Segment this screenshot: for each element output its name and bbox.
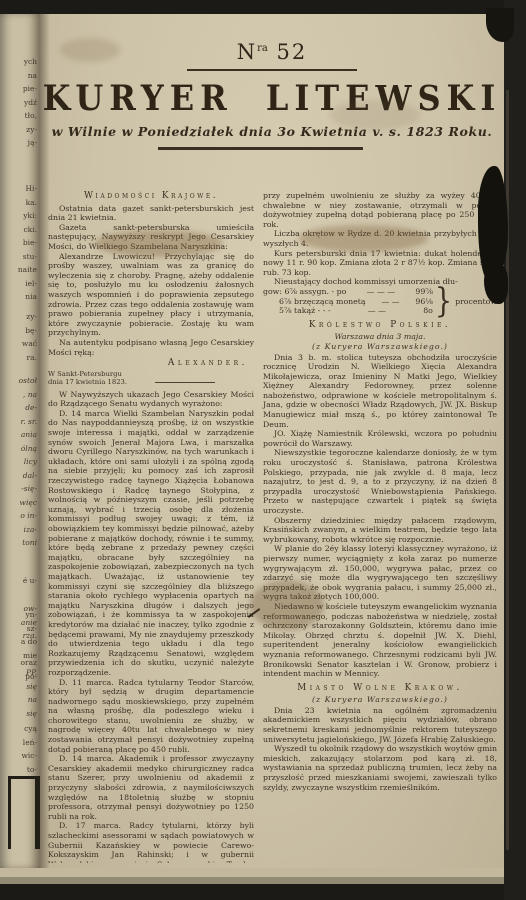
row-dashes: — —	[368, 306, 386, 316]
issue-number: Nra 52	[40, 14, 504, 64]
paragraph: JO. Xiążę Namiestnik Królewski, wczora p…	[263, 429, 497, 448]
row-value: 96⅛	[415, 297, 432, 307]
row-dashes: — —	[381, 297, 399, 307]
stacked-pages-edge	[0, 877, 505, 884]
photo-background-top	[0, 0, 526, 14]
paragraph: Nieustający dochod kommissyi umorzenia d…	[263, 277, 497, 287]
paragraph: W planie do 2éy klassy loteryi klassyczn…	[263, 544, 497, 602]
edge-text-fragment: cyą leń- wic- to-	[3, 722, 37, 776]
row-value: 8o	[423, 306, 433, 316]
stacked-pages-edge	[0, 868, 510, 877]
ink-frame-fragment	[8, 776, 43, 849]
table-row: gow: 6⅞ assygn. - po — — — 99⅞	[263, 287, 433, 297]
row-label: 5⅞ takąż - - -	[279, 306, 331, 316]
brace-label: procentow	[455, 297, 497, 307]
paragraph: D. 14 marca. Akademik i professor zwycza…	[48, 754, 254, 821]
paragraph: Gazeta sankt-petersburska umieściła nast…	[48, 223, 254, 252]
issue-prefix: N	[237, 40, 257, 64]
section-heading-kingdom: Królestwo Polskie.	[263, 321, 497, 331]
krakow-source: (z Kuryera Warszawskiego.)	[263, 695, 497, 705]
newspaper-title: KURYER LITEWSKI	[40, 77, 504, 118]
edge-text-fragment: zy- bę- wać ra.	[3, 310, 37, 364]
paragraph: Obszerny dziedziniec między pałacem rząd…	[263, 516, 497, 545]
paragraph: Wyszedł tu okolnik rządowy do wszystkich…	[263, 744, 497, 792]
paragraph: D. 11 marca. Radca tytularny Teodor Star…	[48, 678, 254, 755]
paragraph: Liczba okrętow w Rydze d. 20 kwietnia pr…	[263, 229, 497, 248]
paragraph: przy zupełném uwolnieniu ze służby za wy…	[263, 191, 497, 229]
article-columns: Wiadomości Krajowe. Ostatnia data gazet …	[40, 190, 504, 863]
paragraph: Dnia 3 b. m. stolica tuteysza obchodziła…	[263, 353, 497, 430]
kingdom-dateline: Warszawa dnia 3 maja.	[263, 332, 497, 342]
table-row: 5⅞ takąż - - - — — 8o	[263, 306, 433, 316]
row-label: gow: 6⅞ assygn. - po	[263, 287, 346, 297]
edge-text-fragment: yn- sz- a do mie	[3, 608, 37, 662]
adjacent-page-strip: ych na pie- ydź tło, zy- ją- Hi- ka. yki…	[0, 14, 40, 868]
bond-rates-rows: gow: 6⅞ assygn. - po — — — 99⅞ 6⅞ brzęcz…	[263, 287, 433, 316]
edge-text-fragment: é u-	[3, 574, 37, 588]
edge-text-fragment: ych na pie- ydź tło, zy- ją-	[3, 55, 37, 150]
issue-superscript: ra	[257, 43, 268, 54]
issue-digits: 52	[277, 40, 308, 64]
masthead-dateline: w Wilnie w Poniedziałek dnia 3o Kwietnia…	[40, 124, 504, 139]
kingdom-source: (z Kuryera Warszawskiego.)	[263, 342, 497, 352]
right-column: przy zupełném uwolnieniu ze służby za wy…	[263, 191, 497, 863]
photo-background-bottom	[0, 884, 526, 900]
row-dashes: — — —	[367, 287, 395, 297]
paragraph: Kurs petersburski dnia 17 kwietnia: duka…	[263, 249, 497, 278]
newspaper-page: Nra 52 KURYER LITEWSKI w Wilnie w Ponied…	[40, 14, 504, 868]
edge-text-fragment: PP. się na się	[3, 666, 37, 720]
row-value: 99⅞	[415, 287, 432, 297]
table-row: 6⅞ brzęczącą monetą — — 96⅛	[263, 297, 433, 307]
place-date-text: W Sankt-Petersburgu dnia 17 kwietnia 182…	[48, 370, 127, 386]
page-edge-highlight	[506, 90, 509, 850]
paragraph: W Naywyższych ukazach Jego Cesarskiey Mo…	[48, 390, 254, 409]
left-column: Wiadomości Krajowe. Ostatnia data gazet …	[48, 191, 254, 863]
section-heading: Wiadomości Krajowe.	[48, 192, 254, 202]
masthead-rule-bottom	[158, 147, 363, 150]
edge-text-fragment: Hi- ka. yki: cki. bie- stu- naite iel- n…	[3, 182, 37, 304]
edge-text-fragment: ostoł , na de- r. sr. ania ólną licy dal…	[3, 374, 37, 550]
brace-glyph: }	[435, 284, 452, 318]
paragraph: Dnia 23 kwietnia na ogólném zgromadzeniu…	[263, 706, 497, 744]
paragraph: Na autentyku podpisano własną Jego Cesar…	[48, 338, 254, 357]
masthead-rule-top	[187, 69, 357, 71]
paragraph: Niedawno w kościele tuteyszym ewangelick…	[263, 602, 497, 679]
paragraph: D. 14 marca Wielki Szambelan Naryszkin p…	[48, 409, 254, 678]
imperial-signature: Alexander.	[48, 359, 248, 369]
row-label: 6⅞ brzęczącą monetą	[279, 297, 366, 307]
paragraph: Alexandrze Lwowiczu! Przychylając się do…	[48, 252, 254, 338]
bond-rates-table: gow: 6⅞ assygn. - po — — — 99⅞ 6⅞ brzęcz…	[263, 287, 497, 316]
masthead: Nra 52 KURYER LITEWSKI w Wilnie w Ponied…	[40, 14, 504, 190]
paragraph: D. 17 marca. Radcy tytularni, którzy byl…	[48, 821, 254, 863]
short-rule	[155, 382, 215, 383]
paragraph: Niewszystkie tegoroczne kalendarze donio…	[263, 448, 497, 515]
paragraph: Ostatnia data gazet sankt-petersburskich…	[48, 204, 254, 223]
section-heading-krakow: Miasto Wolne Krakow.	[263, 684, 497, 694]
newspaper-scan-photo: ych na pie- ydź tło, zy- ją- Hi- ka. yki…	[0, 0, 526, 900]
place-date-line: W Sankt-Petersburgu dnia 17 kwietnia 182…	[48, 370, 254, 386]
